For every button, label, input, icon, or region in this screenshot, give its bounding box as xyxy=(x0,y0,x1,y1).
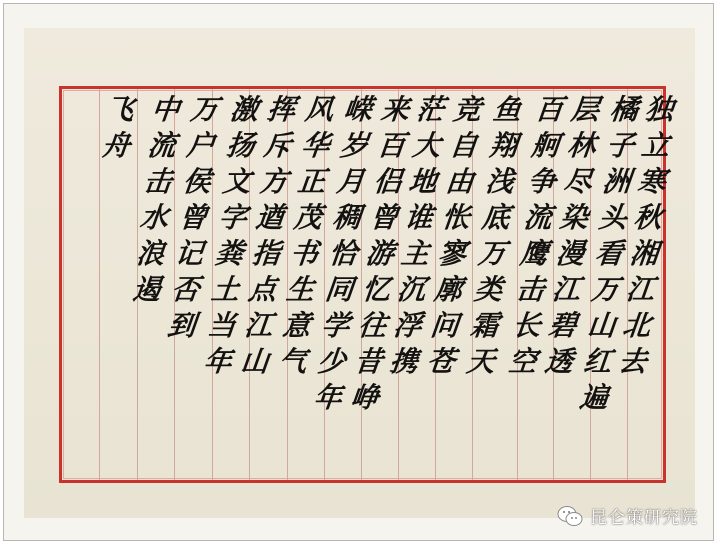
calligraphy-character: 天 xyxy=(465,344,497,380)
calligraphy-character: 自 xyxy=(448,128,480,164)
calligraphy-character: 同 xyxy=(323,272,355,308)
calligraphy-character: 透 xyxy=(543,344,575,380)
calligraphy-character: 往 xyxy=(357,308,389,344)
calligraphy-character: 万 xyxy=(476,236,508,272)
calligraphy-character: 流 xyxy=(146,128,178,164)
calligraphy-character: 方 xyxy=(258,164,290,200)
calligraphy-character: 激 xyxy=(228,92,260,128)
calligraphy-character: 秋 xyxy=(632,200,664,236)
calligraphy-character: 稠 xyxy=(331,200,363,236)
calligraphy-character: 北 xyxy=(621,308,653,344)
calligraphy-character: 曾 xyxy=(368,200,400,236)
calligraphy-character: 主 xyxy=(399,236,431,272)
watermark-text: 昆仑策研究院 xyxy=(590,503,698,528)
calligraphy-character: 风 xyxy=(303,92,335,128)
calligraphy-character: 忆 xyxy=(360,272,392,308)
calligraphy-character: 寒 xyxy=(636,164,668,200)
calligraphy-character: 遏 xyxy=(131,272,163,308)
calligraphy-character: 侣 xyxy=(372,164,404,200)
calligraphy-character: 怅 xyxy=(440,200,472,236)
calligraphy-character: 学 xyxy=(320,308,352,344)
calligraphy-character: 恰 xyxy=(327,236,359,272)
calligraphy-character: 红 xyxy=(582,344,614,380)
calligraphy-character: 洲 xyxy=(601,164,633,200)
text-column-15: 飞舟 xyxy=(96,92,140,164)
calligraphy-character: 击 xyxy=(514,272,546,308)
calligraphy-character: 湘 xyxy=(628,236,660,272)
calligraphy-character: 浅 xyxy=(484,164,516,200)
calligraphy-character: 少 xyxy=(316,344,348,380)
calligraphy-character: 底 xyxy=(480,200,512,236)
calligraphy-character: 去 xyxy=(617,344,649,380)
calligraphy-character: 空 xyxy=(507,344,539,380)
calligraphy-character: 中 xyxy=(150,92,182,128)
calligraphy-character: 谁 xyxy=(403,200,435,236)
calligraphy-character: 游 xyxy=(364,236,396,272)
calligraphy-character: 意 xyxy=(281,308,313,344)
calligraphy-character: 看 xyxy=(593,236,625,272)
calligraphy-character: 寥 xyxy=(436,236,468,272)
calligraphy-character: 指 xyxy=(250,236,282,272)
calligraphy-character: 百 xyxy=(375,128,407,164)
calligraphy-character: 江 xyxy=(624,272,656,308)
calligraphy-character: 当 xyxy=(206,308,238,344)
calligraphy-character: 竞 xyxy=(451,92,483,128)
wechat-icon xyxy=(556,505,584,527)
calligraphy-character: 尽 xyxy=(562,164,594,200)
calligraphy-character: 来 xyxy=(379,92,411,128)
calligraphy-character: 茫 xyxy=(414,92,446,128)
calligraphy-character: 书 xyxy=(288,236,320,272)
calligraphy-character: 扬 xyxy=(225,128,257,164)
calligraphy-character: 遒 xyxy=(254,200,286,236)
calligraphy-character: 长 xyxy=(511,308,543,344)
calligraphy-character: 生 xyxy=(284,272,316,308)
calligraphy-character: 月 xyxy=(335,164,367,200)
calligraphy-character: 浪 xyxy=(134,236,166,272)
calligraphy-character: 户 xyxy=(185,128,217,164)
calligraphy-character: 苍 xyxy=(425,344,457,380)
calligraphy-character: 层 xyxy=(569,92,601,128)
calligraphy-character: 立 xyxy=(640,128,672,164)
calligraphy-character: 侯 xyxy=(181,164,213,200)
calligraphy-character: 到 xyxy=(166,308,198,344)
calligraphy-character: 峥 xyxy=(349,380,381,416)
calligraphy-character: 霜 xyxy=(469,308,501,344)
calligraphy-character: 华 xyxy=(300,128,332,164)
calligraphy-character: 江 xyxy=(550,272,582,308)
calligraphy-character: 否 xyxy=(170,272,202,308)
calligraphy-character: 林 xyxy=(566,128,598,164)
calligraphy-character: 点 xyxy=(246,272,278,308)
calligraphy-character: 岁 xyxy=(338,128,370,164)
calligraphy-character: 江 xyxy=(243,308,275,344)
calligraphy-character: 万 xyxy=(188,92,220,128)
calligraphy-character: 携 xyxy=(388,344,420,380)
calligraphy-character: 浮 xyxy=(392,308,424,344)
calligraphy-character: 廓 xyxy=(432,272,464,308)
calligraphy-character: 地 xyxy=(407,164,439,200)
calligraphy-character: 百 xyxy=(533,92,565,128)
calligraphy-character: 击 xyxy=(142,164,174,200)
calligraphy-character: 大 xyxy=(411,128,443,164)
calligraphy-character: 碧 xyxy=(547,308,579,344)
calligraphy-character: 沉 xyxy=(395,272,427,308)
calligraphy-character: 染 xyxy=(558,200,590,236)
calligraphy-character: 嵘 xyxy=(342,92,374,128)
calligraphy-character: 正 xyxy=(296,164,328,200)
calligraphy-character: 翔 xyxy=(488,128,520,164)
calligraphy-character: 类 xyxy=(472,272,504,308)
calligraphy-character: 橘 xyxy=(608,92,640,128)
calligraphy-character: 子 xyxy=(604,128,636,164)
calligraphy-character: 粪 xyxy=(213,236,245,272)
calligraphy-character: 头 xyxy=(597,200,629,236)
calligraphy-character: 独 xyxy=(643,92,675,128)
calligraphy-character: 昔 xyxy=(353,344,385,380)
calligraphy-character: 鱼 xyxy=(491,92,523,128)
calligraphy-character: 斥 xyxy=(262,128,294,164)
calligraphy-character: 气 xyxy=(277,344,309,380)
calligraphy-character: 挥 xyxy=(265,92,297,128)
calligraphy-character: 记 xyxy=(173,236,205,272)
calligraphy-character: 茂 xyxy=(292,200,324,236)
calligraphy-character: 水 xyxy=(138,200,170,236)
calligraphy-character: 由 xyxy=(444,164,476,200)
watermark: 昆仑策研究院 xyxy=(556,503,698,528)
calligraphy-character: 鹰 xyxy=(518,236,550,272)
calligraphy-character: 流 xyxy=(522,200,554,236)
calligraphy-character: 漫 xyxy=(554,236,586,272)
calligraphy-character: 山 xyxy=(586,308,618,344)
calligraphy-character: 争 xyxy=(526,164,558,200)
calligraphy-character: 土 xyxy=(209,272,241,308)
calligraphy-character: 曾 xyxy=(177,200,209,236)
calligraphy-character: 舟 xyxy=(100,128,132,164)
calligraphy-character: 飞 xyxy=(104,92,136,128)
calligraphy-character: 年 xyxy=(312,380,344,416)
calligraphy-character: 山 xyxy=(239,344,271,380)
calligraphy-character: 舸 xyxy=(530,128,562,164)
calligraphy-character: 年 xyxy=(202,344,234,380)
calligraphy-character: 遍 xyxy=(578,380,610,416)
calligraphy-character: 文 xyxy=(221,164,253,200)
calligraphy-character: 字 xyxy=(217,200,249,236)
calligraphy-character: 万 xyxy=(589,272,621,308)
calligraphy-character: 问 xyxy=(429,308,461,344)
